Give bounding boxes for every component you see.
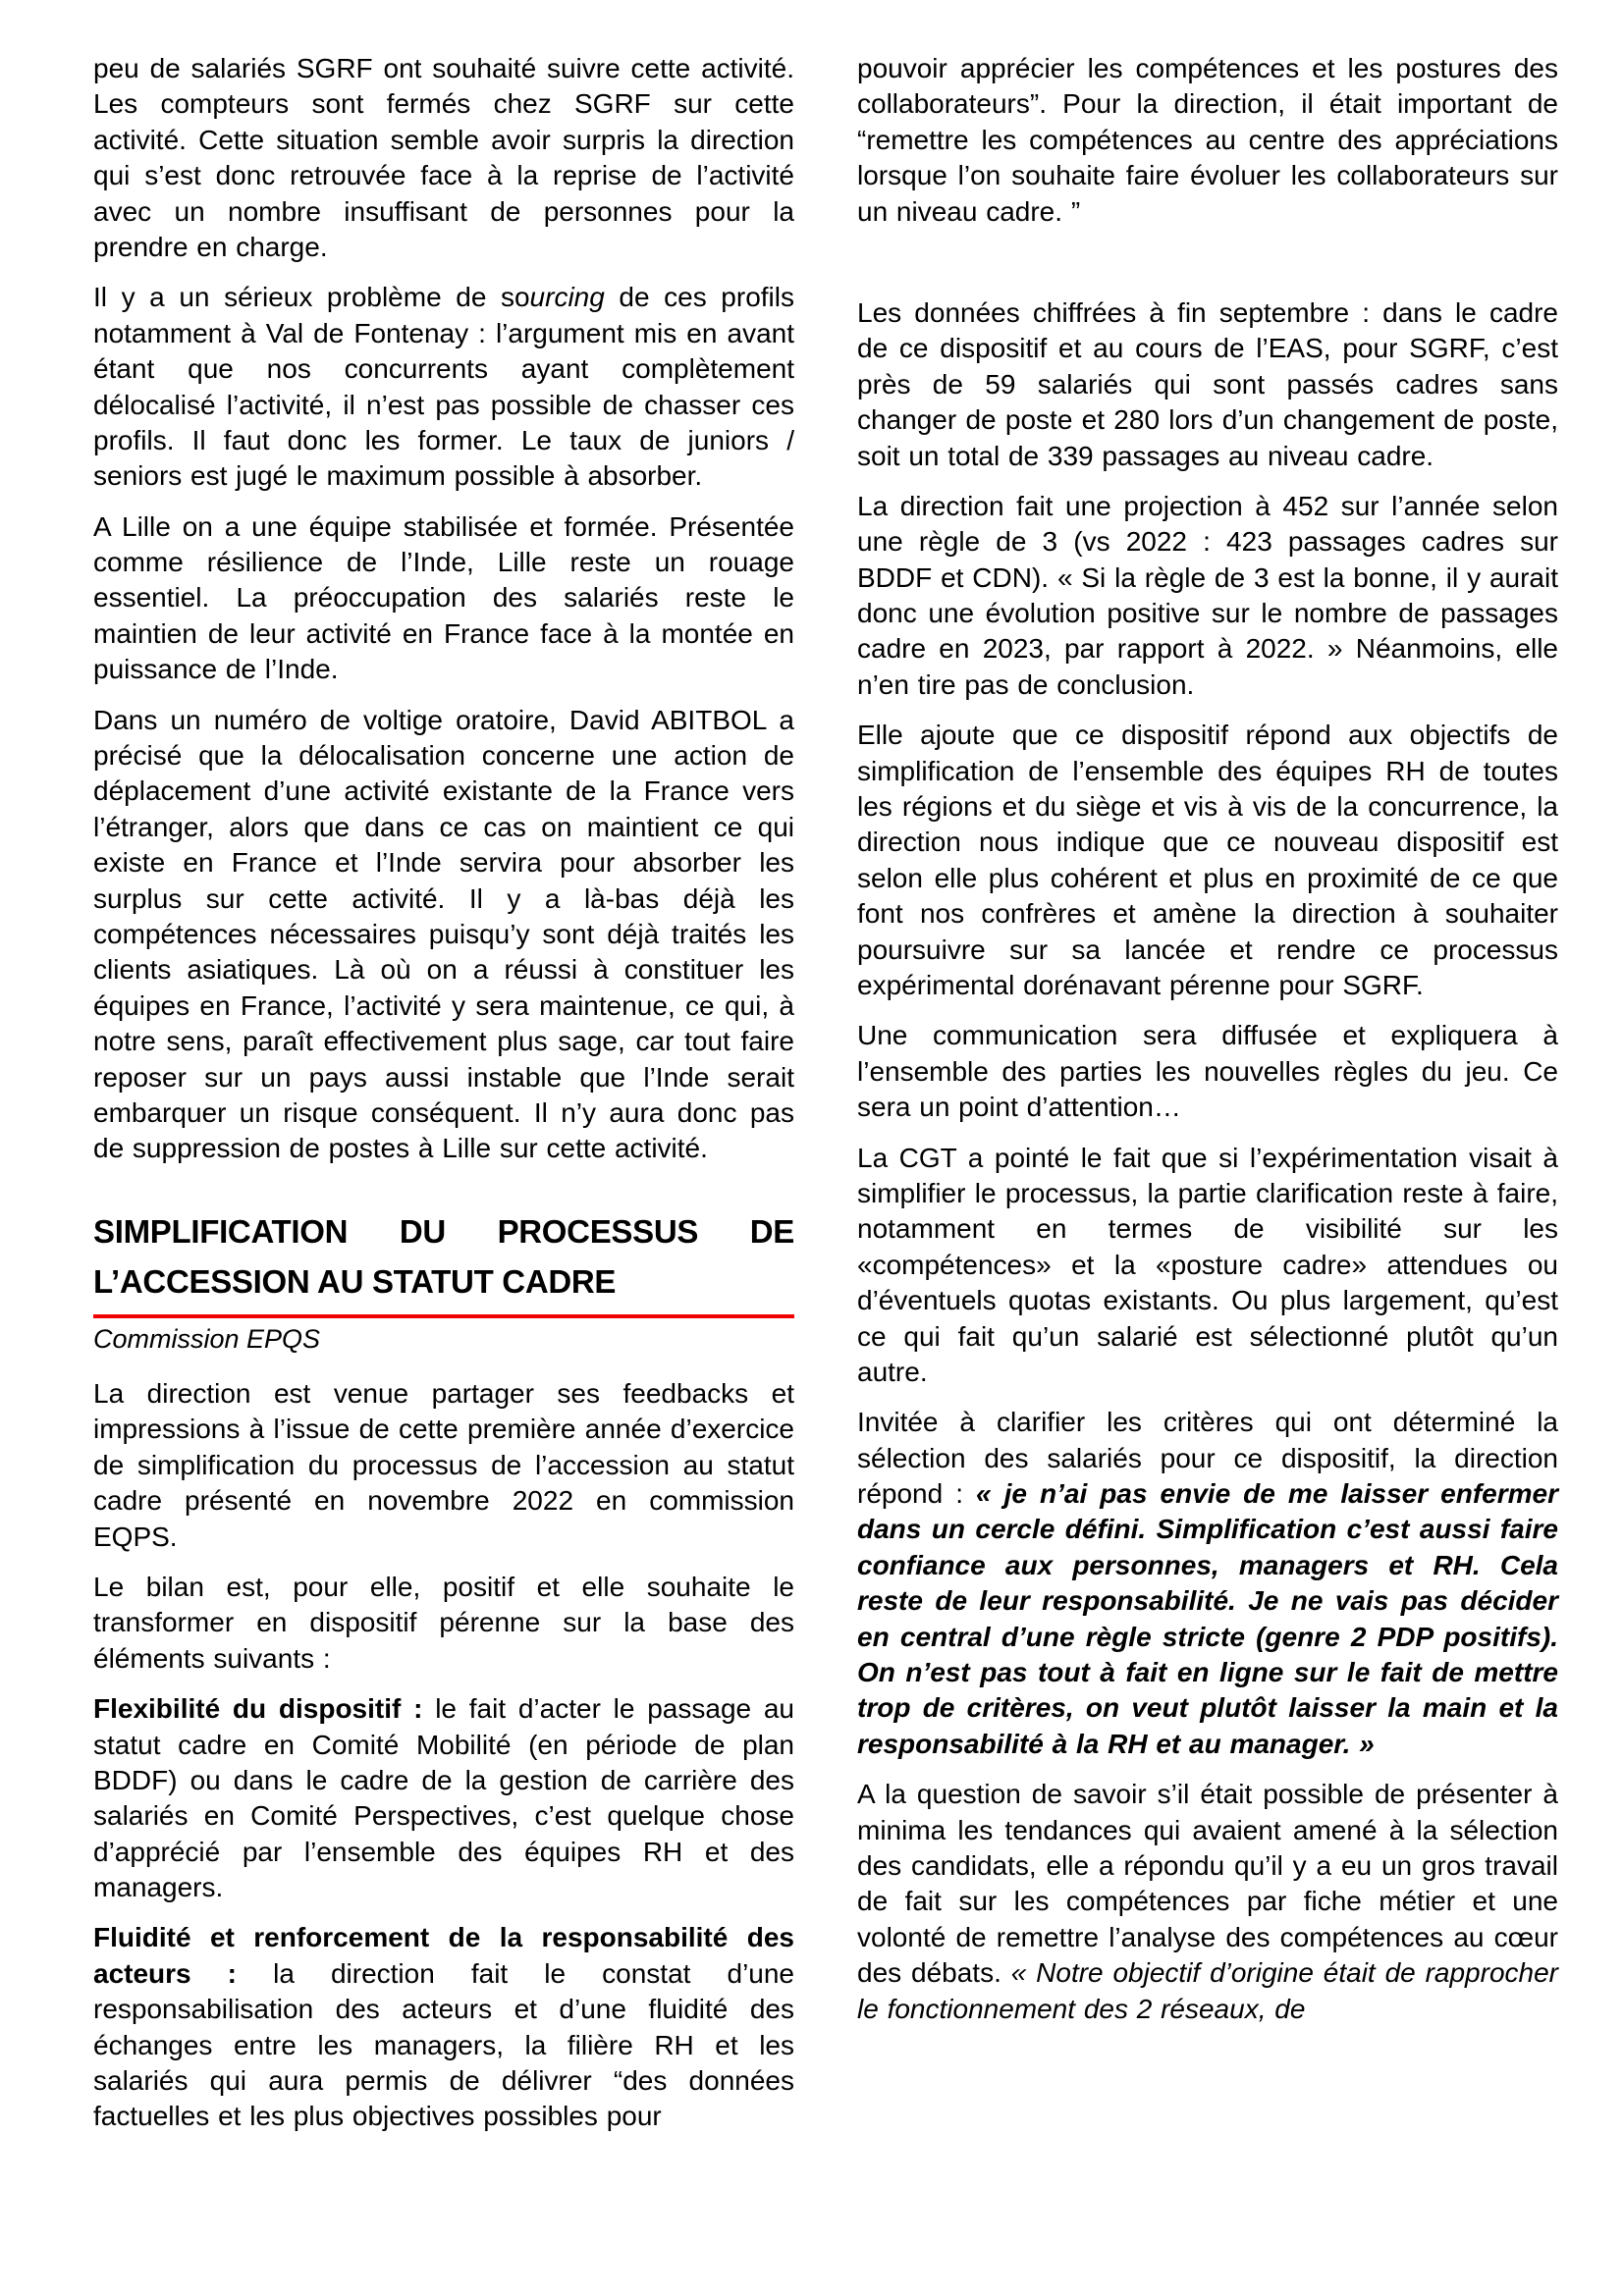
paragraph: pouvoir apprécier les compétences et les… <box>857 51 1558 230</box>
text-run: Dans un numéro de voltige oratoire, Davi… <box>93 705 794 1164</box>
text-run: La direction fait une projection à 452 s… <box>857 491 1558 700</box>
text-run: « je n’ai pas envie de me laisser enferm… <box>857 1478 1558 1759</box>
section-subheading: Commission EPQS <box>93 1324 794 1355</box>
text-run: Flexibilité du dispositif : <box>93 1693 435 1724</box>
text-run: Il y a un sérieux problème de so <box>93 282 530 312</box>
text-run: Une communication sera diffusée et expli… <box>857 1020 1558 1122</box>
paragraph: La direction fait une projection à 452 s… <box>857 489 1558 703</box>
section-heading: SIMPLIFICATION DU PROCESSUS DE L’ACCESSI… <box>93 1206 794 1307</box>
text-run: La direction est venue partager ses feed… <box>93 1378 794 1552</box>
text-run: de ces profils notamment à Val de Fonten… <box>93 282 794 491</box>
paragraph: La direction est venue partager ses feed… <box>93 1376 794 1555</box>
paragraph: Dans un numéro de voltige oratoire, Davi… <box>93 703 794 1167</box>
paragraph: A la question de savoir s’il était possi… <box>857 1777 1558 2027</box>
column-gap <box>857 244 1558 295</box>
heading-underline <box>93 1314 794 1318</box>
text-run: Les données chiffrées à fin septembre : … <box>857 297 1558 471</box>
paragraph: Les données chiffrées à fin septembre : … <box>857 295 1558 474</box>
text-run: pouvoir apprécier les compétences et les… <box>857 53 1558 227</box>
text-run: A Lille on a une équipe stabilisée et fo… <box>93 511 794 685</box>
paragraph: peu de salariés SGRF ont souhaité suivre… <box>93 51 794 265</box>
text-run: urcing <box>530 282 605 312</box>
paragraph: A Lille on a une équipe stabilisée et fo… <box>93 509 794 688</box>
text-run: La CGT a pointé le fait que si l’expérim… <box>857 1143 1558 1387</box>
paragraph: Il y a un sérieux problème de sourcing d… <box>93 280 794 494</box>
paragraph: Invitée à clarifier les critères qui ont… <box>857 1405 1558 1762</box>
text-run: Le bilan est, pour elle, positif et elle… <box>93 1572 794 1674</box>
paragraph: Fluidité et renforcement de la responsab… <box>93 1920 794 2134</box>
left-column: peu de salariés SGRF ont souhaité suivre… <box>93 51 794 2296</box>
text-run: Elle ajoute que ce dispositif répond aux… <box>857 720 1558 1000</box>
paragraph: La CGT a pointé le fait que si l’expérim… <box>857 1141 1558 1391</box>
text-run: le fait d’acter le passage au statut cad… <box>93 1693 794 1902</box>
right-column: pouvoir apprécier les compétences et les… <box>857 51 1558 2296</box>
document-page: peu de salariés SGRF ont souhaité suivre… <box>0 0 1623 2296</box>
paragraph: Le bilan est, pour elle, positif et elle… <box>93 1570 794 1677</box>
paragraph: Elle ajoute que ce dispositif répond aux… <box>857 718 1558 1003</box>
paragraph: Une communication sera diffusée et expli… <box>857 1018 1558 1125</box>
paragraph: Flexibilité du dispositif : le fait d’ac… <box>93 1691 794 1905</box>
text-run: peu de salariés SGRF ont souhaité suivre… <box>93 53 794 262</box>
